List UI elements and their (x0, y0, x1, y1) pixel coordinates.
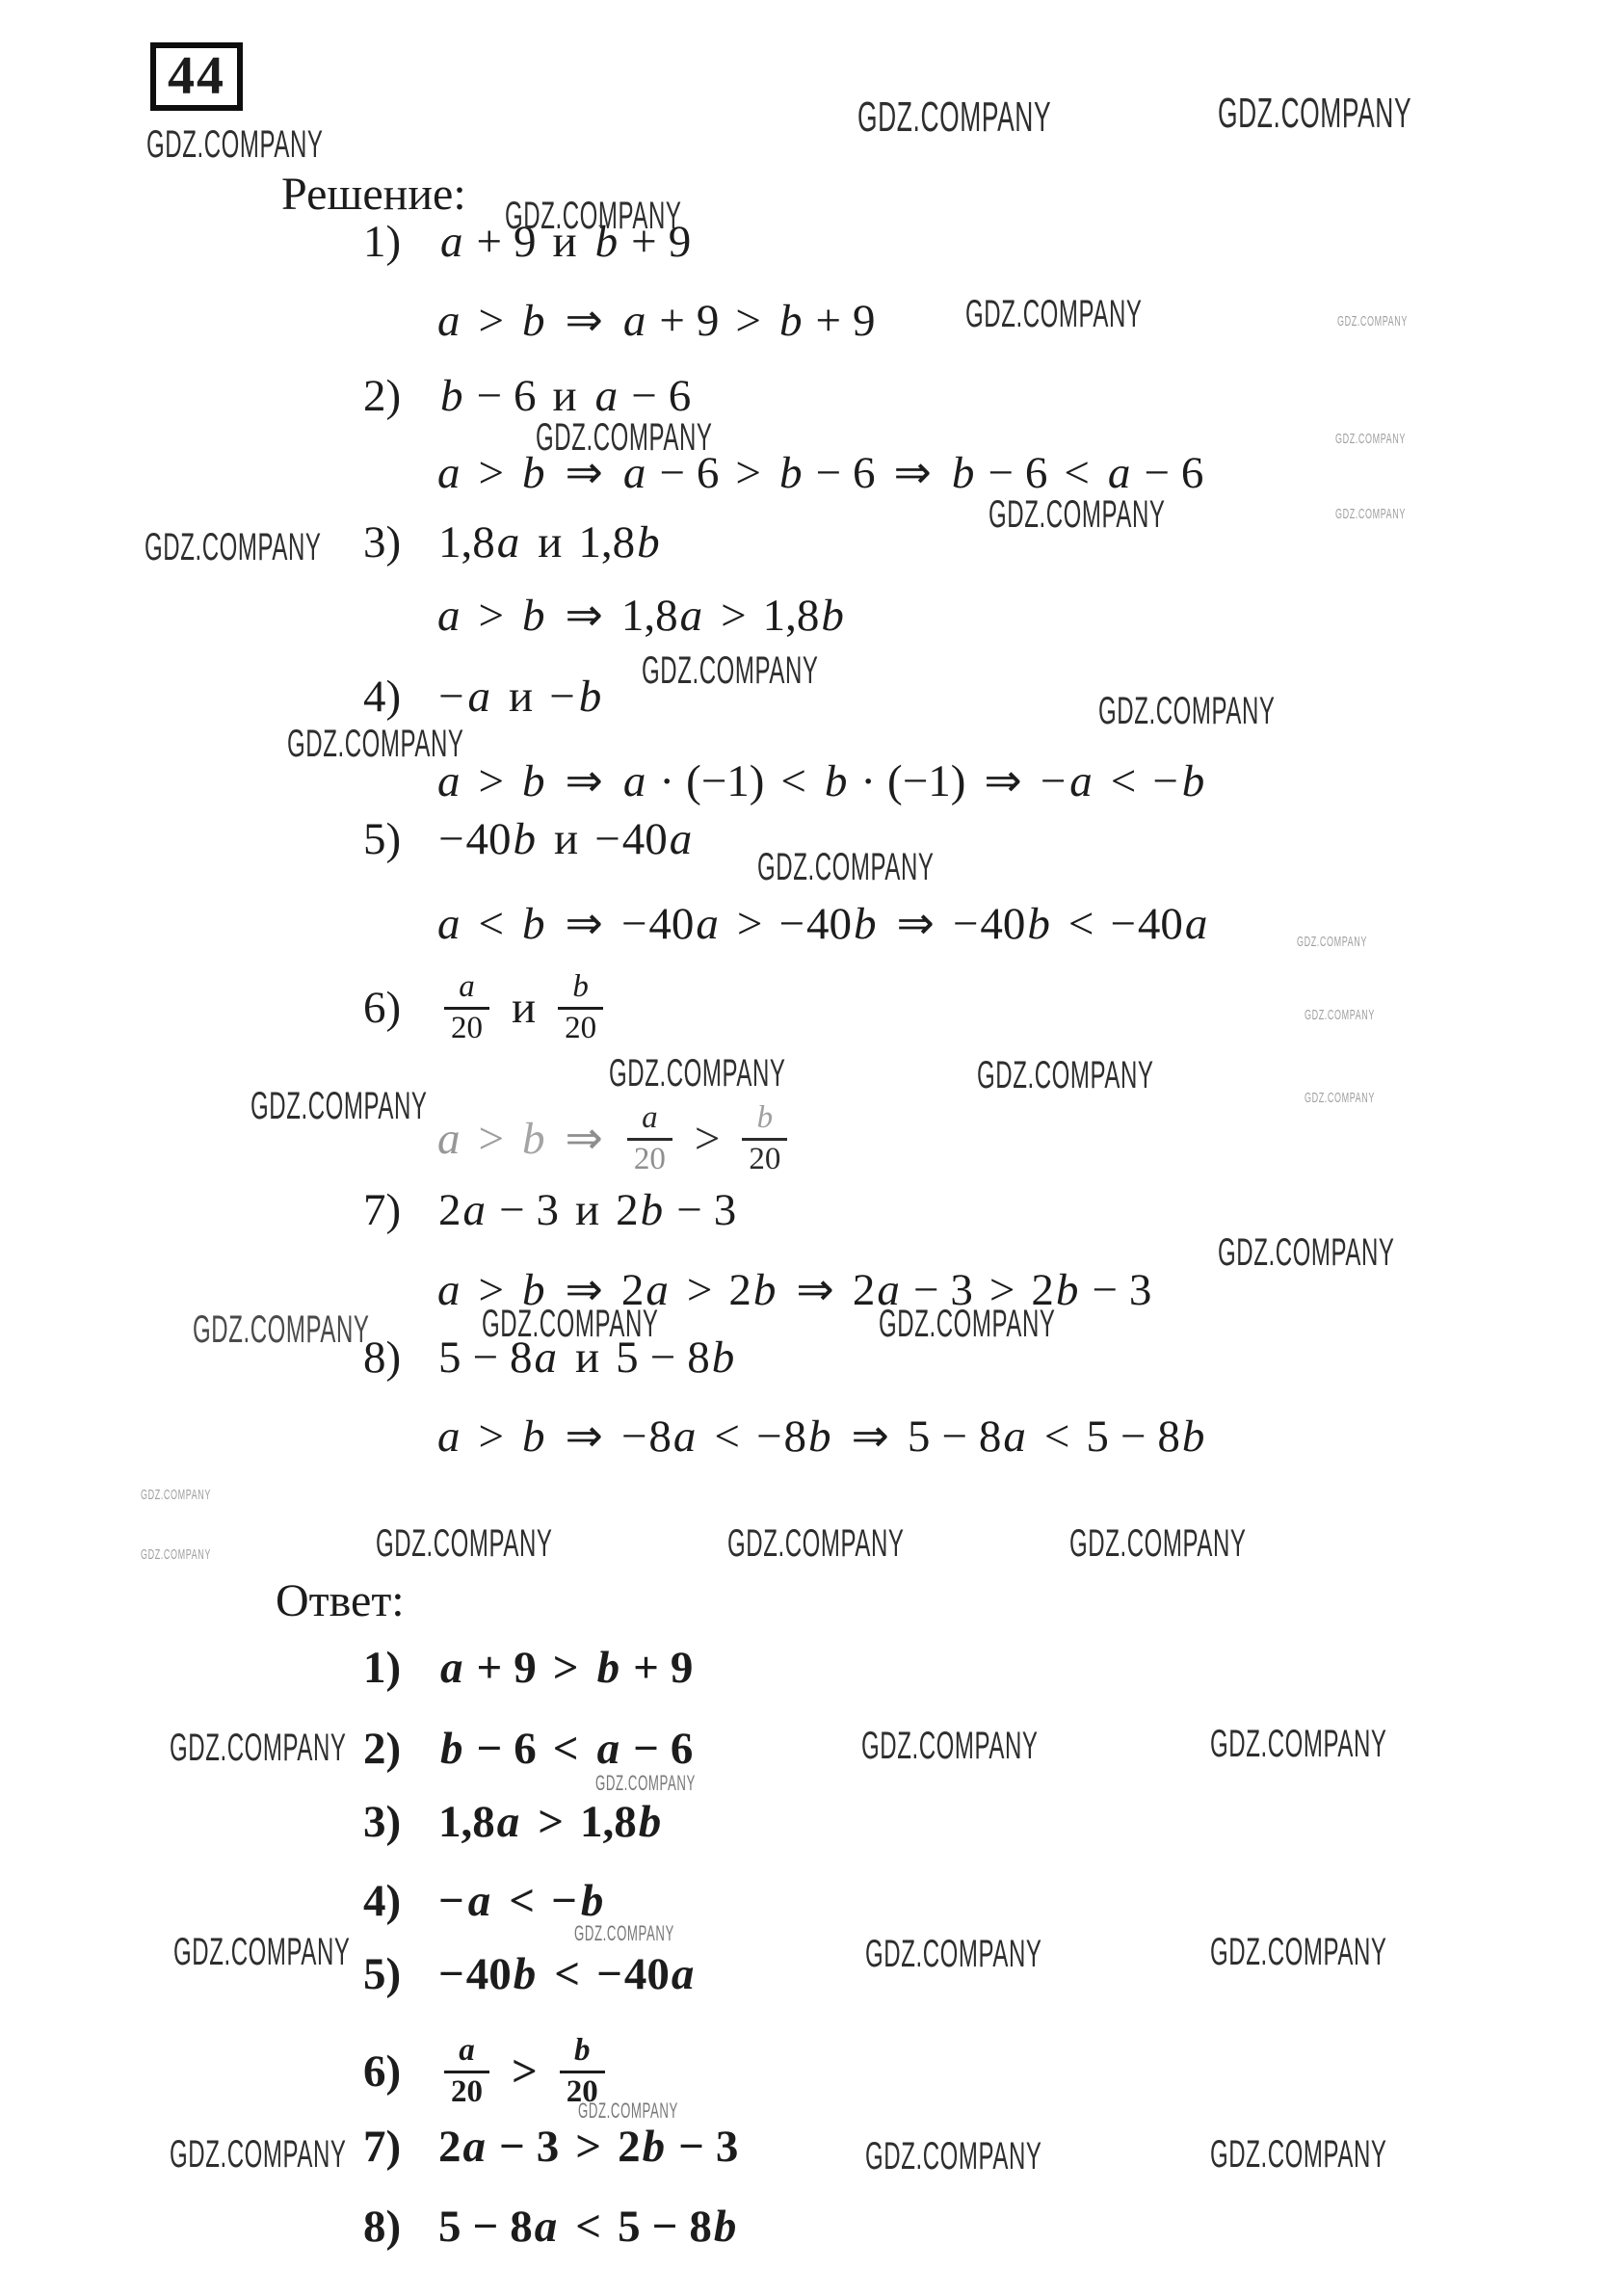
math-token: 40 (466, 1950, 512, 1999)
math-token: a (670, 1950, 697, 1999)
math-token: + (659, 297, 685, 346)
math-token: 2 (616, 1186, 639, 1235)
math-token: 20 (451, 2074, 483, 2109)
fraction-bar (742, 1138, 787, 1141)
math-token: a (435, 1412, 462, 1462)
math-token: 6 (669, 372, 692, 421)
watermark: GDZ.COMPANY (757, 848, 934, 886)
math-token: + (633, 1644, 659, 1693)
fraction-denominator: 20 (558, 1012, 603, 1045)
math-token: и (553, 372, 577, 421)
math-token: > (538, 1798, 564, 1847)
item-label: 1) (363, 218, 438, 267)
math-token: b (520, 1412, 547, 1462)
math-token: − (631, 372, 657, 421)
math-token: a (595, 1725, 622, 1774)
math-token: a (495, 1798, 522, 1847)
math-token: 8 (689, 2203, 712, 2252)
answer-7: 7)2a−3>2b−3 (363, 2123, 738, 2172)
math-token: − (499, 2123, 525, 2172)
watermark: GDZ.COMPANY (146, 125, 323, 164)
math-token: b (1054, 1266, 1081, 1315)
math-token: a (593, 372, 620, 421)
fraction-denominator: 20 (742, 1143, 787, 1176)
math-token: b (712, 2203, 739, 2252)
math-token: ⇒ (566, 592, 603, 641)
math-token: > (695, 1115, 721, 1164)
math-token: < (575, 2203, 601, 2252)
math-token: 40 (980, 900, 1025, 949)
math-token: > (512, 2047, 538, 2097)
math-token: 8 (1157, 1412, 1180, 1462)
math-token: 40 (806, 900, 852, 949)
math-token: b (438, 372, 465, 421)
math-token: − (756, 1412, 782, 1462)
math-token: ⇒ (851, 1412, 888, 1462)
math-token: > (575, 2123, 601, 2172)
math-token: ⇒ (566, 900, 603, 949)
math-token: b (778, 449, 804, 498)
math-token: < (479, 900, 505, 949)
math-token: a (435, 449, 462, 498)
math-token: − (676, 1186, 702, 1235)
math-token: − (1092, 1266, 1118, 1315)
solution-item-1-derivation: a>b⇒a+9>b+9 (435, 297, 875, 346)
math-token: b (512, 1950, 539, 1999)
item-label: 2) (363, 1725, 438, 1774)
math-token: ⇒ (796, 1266, 833, 1315)
math-token: a (466, 1877, 493, 1926)
math-token: − (473, 2203, 499, 2252)
math-token: < (554, 1950, 580, 1999)
math-token: 3 (714, 1186, 737, 1235)
math-token: ⇒ (896, 900, 934, 949)
math-token: и (554, 815, 578, 864)
answer-3: 3)1,8a>1,8b (363, 1798, 663, 1847)
math-token: − (438, 673, 464, 722)
math-token: 1,8 (438, 1798, 495, 1847)
math-token: и (512, 984, 536, 1033)
solution-item-3-derivation: a>b⇒1,8a>1,8b (435, 592, 846, 641)
watermark: GDZ.COMPANY (193, 1310, 369, 1349)
math-token: < (780, 757, 806, 806)
math-token: 1,8 (621, 592, 678, 641)
item-label: 7) (363, 1186, 438, 1235)
math-token: 9 (853, 297, 876, 346)
math-token: − (633, 1725, 659, 1774)
math-token: − (594, 815, 620, 864)
math-token: a (435, 1115, 462, 1164)
math-token: b (1025, 900, 1052, 949)
math-token: − (477, 372, 503, 421)
watermark: GDZ.COMPANY (865, 2137, 1041, 2176)
math-token: a (694, 900, 721, 949)
math-token: a (438, 1644, 465, 1693)
fraction: a20 (444, 970, 489, 1044)
math-token: − (499, 1186, 525, 1235)
math-token: > (687, 1266, 713, 1315)
watermark: GDZ.COMPANY (1305, 1091, 1375, 1105)
answer-heading: Ответ: (276, 1578, 405, 1624)
math-token: 9 (697, 297, 720, 346)
math-token: 6 (514, 1725, 537, 1774)
watermark: GDZ.COMPANY (1098, 692, 1275, 730)
fraction-numerator: b (564, 970, 597, 1004)
fraction: b20 (558, 970, 603, 1044)
watermark: GDZ.COMPANY (1210, 2135, 1386, 2174)
item-label: 2) (363, 372, 438, 421)
math-token: < (1064, 449, 1090, 498)
math-token: + (477, 218, 503, 267)
watermark: GDZ.COMPANY (170, 1729, 346, 1767)
math-token: > (721, 592, 747, 641)
math-token: · (659, 757, 674, 806)
solution-item-4-given: 4)−aи−b (363, 673, 603, 722)
math-token: 8 (510, 2203, 533, 2252)
math-token: 1,8 (763, 592, 820, 641)
math-token: a (533, 2203, 560, 2252)
math-token: < (714, 1412, 740, 1462)
math-token: − (1120, 1412, 1147, 1462)
solution-item-5-derivation: a<b⇒−40a>−40b⇒−40b<−40a (435, 900, 1209, 949)
math-token: 1,8 (580, 1798, 637, 1847)
math-token: 2 (618, 2123, 641, 2172)
watermark: GDZ.COMPANY (965, 295, 1142, 333)
math-token: a (621, 297, 648, 346)
math-token: b (751, 1266, 778, 1315)
watermark: GDZ.COMPANY (1218, 1233, 1394, 1272)
math-token: a (435, 900, 462, 949)
math-token: 8 (783, 1412, 806, 1462)
math-token: − (438, 1950, 464, 1999)
watermark: GDZ.COMPANY (574, 1923, 674, 1944)
solution-heading: Решение: (281, 172, 466, 218)
document-page: 44 Решение: Ответ: 1)a+9иb+9a>b⇒a+9>b+92… (0, 0, 1608, 2296)
solution-item-2-given: 2)b−6иa−6 (363, 372, 691, 421)
math-token: a (640, 1100, 660, 1135)
math-token: − (621, 1412, 647, 1462)
answer-8: 8)5−8a<5−8b (363, 2203, 738, 2252)
math-token: a (461, 2123, 488, 2172)
math-token: − (477, 1725, 503, 1774)
math-token: b (570, 969, 591, 1004)
math-token: 9 (671, 1644, 694, 1693)
watermark: GDZ.COMPANY (727, 1524, 904, 1563)
watermark: GDZ.COMPANY (170, 2135, 346, 2174)
watermark: GDZ.COMPANY (989, 495, 1165, 534)
math-token: 20 (634, 1142, 666, 1176)
math-token: 40 (648, 900, 694, 949)
item-label: 1) (363, 1644, 438, 1693)
math-token: > (479, 449, 505, 498)
math-token: > (479, 757, 505, 806)
math-token: 6 (671, 1725, 694, 1774)
math-token: и (538, 518, 562, 567)
fraction-numerator: a (450, 970, 484, 1004)
item-label: 4) (363, 673, 438, 722)
math-token: b (577, 673, 604, 722)
math-token: b (710, 1333, 737, 1383)
math-token: − (988, 449, 1014, 498)
problem-number: 44 (168, 46, 225, 106)
answer-1: 1)a+9>b+9 (363, 1644, 693, 1693)
math-token: 3 (537, 1186, 560, 1235)
watermark: GDZ.COMPANY (578, 2100, 678, 2122)
math-token: − (1110, 900, 1136, 949)
solution-item-5-given: 5)−40bи−40a (363, 815, 694, 864)
math-token: b (520, 900, 547, 949)
math-token: 6 (514, 372, 537, 421)
math-token: 6 (1025, 449, 1048, 498)
math-token: > (737, 900, 763, 949)
math-token: > (479, 297, 505, 346)
watermark: GDZ.COMPANY (1297, 935, 1367, 949)
math-token: (−1) (686, 757, 764, 806)
math-token: + (815, 297, 841, 346)
fraction: b20 (742, 1101, 787, 1175)
watermark: GDZ.COMPANY (879, 1305, 1055, 1343)
math-token: 5 (438, 2203, 461, 2252)
item-label: 6) (363, 2047, 438, 2097)
answer-4: 4)−a<−b (363, 1877, 605, 1926)
math-token: − (438, 815, 464, 864)
math-token: ⇒ (566, 1115, 603, 1164)
watermark: GDZ.COMPANY (595, 1773, 696, 1794)
item-label: 5) (363, 815, 438, 864)
watermark: GDZ.COMPANY (287, 725, 463, 763)
math-token: − (1144, 449, 1170, 498)
item-label: 5) (363, 1950, 438, 1999)
math-token: a (678, 592, 705, 641)
math-token: ⇒ (566, 757, 603, 806)
math-token: < (1068, 900, 1094, 949)
math-token: b (641, 2123, 668, 2172)
math-token: 40 (624, 1950, 670, 1999)
math-token: b (595, 1644, 622, 1693)
math-token: · (860, 757, 876, 806)
fraction-bar (560, 2071, 605, 2073)
fraction-numerator: b (566, 2034, 599, 2068)
math-token: 40 (622, 815, 668, 864)
watermark: GDZ.COMPANY (1335, 507, 1406, 521)
solution-item-8-derivation: a>b⇒−8a<−8b⇒5−8a<5−8b (435, 1412, 1206, 1462)
solution-item-6-derivation: a>b⇒a20>b20 (435, 1077, 793, 1201)
fraction-denominator: 20 (444, 2075, 489, 2109)
math-token: 40 (1138, 900, 1183, 949)
watermark: GDZ.COMPANY (977, 1056, 1153, 1095)
fraction-denominator: 20 (627, 1143, 672, 1176)
watermark: GDZ.COMPANY (1210, 1933, 1386, 1971)
item-label: 8) (363, 2203, 438, 2252)
fraction-denominator: 20 (444, 1012, 489, 1045)
item-label: 7) (363, 2123, 438, 2172)
math-token: − (596, 1950, 622, 1999)
item-label: 4) (363, 1877, 438, 1926)
watermark: GDZ.COMPANY (609, 1054, 785, 1093)
math-token: > (735, 297, 761, 346)
math-token: − (1152, 757, 1178, 806)
math-token: < (1044, 1412, 1070, 1462)
math-token: 20 (749, 1142, 780, 1176)
math-token: < (553, 1725, 579, 1774)
math-token: 40 (466, 815, 512, 864)
watermark: GDZ.COMPANY (141, 1488, 211, 1502)
math-token: ⇒ (566, 1412, 603, 1462)
math-token: 1,8 (578, 518, 635, 567)
math-token: b (520, 592, 547, 641)
solution-item-6-given: 6)a20иb20 (363, 958, 609, 1058)
math-token: b (572, 2033, 593, 2068)
math-token: 5 (908, 1412, 931, 1462)
math-token: − (549, 673, 575, 722)
math-token: 20 (451, 1011, 483, 1045)
math-token: 5 (1086, 1412, 1109, 1462)
watermark: GDZ.COMPANY (173, 1933, 350, 1971)
math-token: a (435, 297, 462, 346)
math-token: > (735, 449, 761, 498)
answer-2: 2)b−6<a−6 (363, 1725, 693, 1774)
fraction-numerator: a (633, 1101, 667, 1135)
math-token: a (461, 1186, 488, 1235)
math-token: b (512, 815, 539, 864)
math-token: b (1180, 1412, 1207, 1462)
math-token: b (639, 1186, 666, 1235)
math-token: 3 (1129, 1266, 1152, 1315)
watermark: GDZ.COMPANY (857, 96, 1051, 139)
math-token: a (1068, 757, 1094, 806)
item-label: 3) (363, 518, 438, 567)
math-token: 6 (1181, 449, 1204, 498)
math-token: − (941, 1412, 967, 1462)
answer-5: 5)−40b<−40a (363, 1950, 696, 1999)
watermark: GDZ.COMPANY (376, 1524, 552, 1563)
math-token: и (509, 673, 533, 722)
math-token: a (495, 518, 522, 567)
math-token: a (1001, 1412, 1028, 1462)
math-token: 2 (853, 1266, 876, 1315)
watermark: GDZ.COMPANY (1337, 314, 1408, 329)
math-token: b (635, 518, 662, 567)
math-token: 8 (687, 1333, 710, 1383)
math-token: − (815, 449, 841, 498)
math-token: 6 (853, 449, 876, 498)
math-token: 8 (979, 1412, 1002, 1462)
math-token: и (575, 1186, 599, 1235)
solution-item-7-given: 7)2a−3и2b−3 (363, 1186, 736, 1235)
math-token: > (553, 1644, 579, 1693)
math-token: a (466, 673, 493, 722)
math-token: b (852, 900, 879, 949)
fraction-bar (444, 1007, 489, 1010)
watermark: GDZ.COMPANY (1210, 1725, 1386, 1763)
watermark: GDZ.COMPANY (482, 1305, 658, 1343)
item-label: 8) (363, 1333, 438, 1383)
math-token: b (520, 757, 547, 806)
math-token: 2 (438, 2123, 461, 2172)
math-token: − (778, 900, 804, 949)
problem-number-badge: 44 (150, 42, 243, 111)
solution-item-4-derivation: a>b⇒a·(−1)<b·(−1)⇒−a<−b (435, 757, 1206, 806)
fraction-numerator: a (450, 2034, 484, 2068)
math-token: ⇒ (566, 297, 603, 346)
math-token: b (950, 449, 977, 498)
fraction: a20 (627, 1101, 672, 1175)
math-token: b (438, 1725, 465, 1774)
math-token: a (1106, 449, 1133, 498)
item-label: 6) (363, 984, 438, 1033)
watermark: GDZ.COMPANY (1335, 432, 1406, 446)
math-token: b (823, 757, 850, 806)
math-token: a (668, 815, 695, 864)
math-token: b (579, 1877, 606, 1926)
math-token: a (672, 1412, 699, 1462)
math-token: a (435, 1266, 462, 1315)
answer-6: 6)a20>b20 (363, 2027, 611, 2116)
math-token: b (520, 297, 547, 346)
math-token: + (477, 1644, 503, 1693)
math-token: 8 (648, 1412, 672, 1462)
solution-item-3-given: 3)1,8aи1,8b (363, 518, 662, 567)
math-token: < (1111, 757, 1137, 806)
watermark: GDZ.COMPANY (1218, 92, 1411, 135)
math-token: 2 (438, 1186, 461, 1235)
math-token: ⇒ (893, 449, 931, 498)
math-token: b (1180, 757, 1207, 806)
math-token: b (806, 1412, 833, 1462)
watermark: GDZ.COMPANY (642, 651, 818, 690)
math-token: > (479, 592, 505, 641)
math-token: b (755, 1100, 776, 1135)
math-token: 9 (514, 1644, 537, 1693)
math-token: a (435, 592, 462, 641)
math-token: (−1) (887, 757, 965, 806)
math-token: − (678, 2123, 704, 2172)
watermark: GDZ.COMPANY (505, 197, 681, 235)
math-token: a (438, 218, 465, 267)
math-token: − (621, 900, 647, 949)
fraction-numerator: b (749, 1101, 782, 1135)
math-token: a (457, 969, 477, 1004)
math-token: b (778, 297, 804, 346)
watermark: GDZ.COMPANY (250, 1087, 427, 1125)
fraction: a20 (444, 2034, 489, 2108)
fraction-bar (444, 2071, 489, 2073)
math-token: 5 (618, 2203, 641, 2252)
math-token: > (479, 1412, 505, 1462)
math-token: b (819, 592, 846, 641)
math-token: − (652, 2203, 678, 2252)
math-token: a (1183, 900, 1210, 949)
math-token: − (1041, 757, 1067, 806)
math-token: b (520, 1115, 547, 1164)
watermark: GDZ.COMPANY (865, 1935, 1041, 1973)
math-token: 1,8 (438, 518, 495, 567)
watermark: GDZ.COMPANY (145, 528, 321, 567)
watermark: GDZ.COMPANY (141, 1547, 211, 1562)
item-label: 3) (363, 1798, 438, 1847)
math-token: 3 (537, 2123, 560, 2172)
watermark: GDZ.COMPANY (1069, 1524, 1246, 1563)
fraction-bar (558, 1007, 603, 1010)
math-token: − (953, 900, 979, 949)
watermark: GDZ.COMPANY (861, 1727, 1038, 1765)
math-token: > (479, 1115, 505, 1164)
watermark: GDZ.COMPANY (1305, 1008, 1375, 1022)
math-token: a (457, 2033, 477, 2068)
fraction-bar (627, 1138, 672, 1141)
math-token: − (551, 1877, 577, 1926)
math-token: 20 (565, 1011, 596, 1045)
